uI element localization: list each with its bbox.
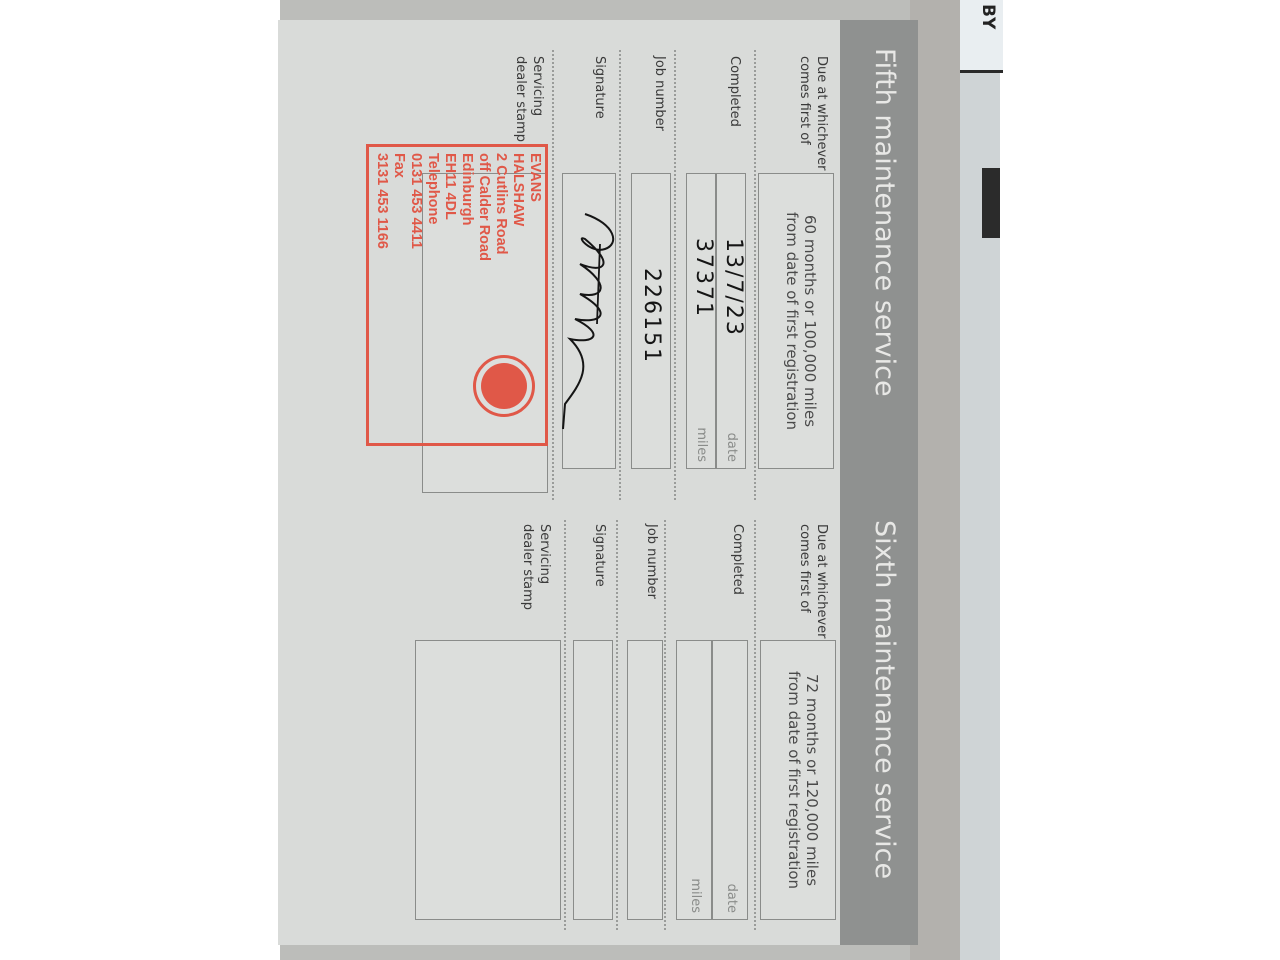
sixth-signature-label: Signature	[591, 524, 608, 587]
signature-scribble	[545, 204, 625, 434]
sixth-due-value-line2: from date of first registration	[785, 641, 803, 919]
fifth-date-unit: date	[724, 433, 739, 462]
sixth-due-label: Due at whichever comes first of	[796, 524, 830, 638]
sixth-job-number-label: Job number	[643, 524, 660, 599]
sixth-miles-field[interactable]: miles	[676, 640, 712, 920]
stamp-line: 2 Cutlins Road	[492, 153, 509, 261]
divider	[615, 520, 618, 930]
fifth-stamp-label-line1: Servicing	[529, 56, 546, 142]
sixth-due-box: 72 months or 120,000 miles from date of …	[760, 640, 836, 920]
fifth-due-label-line2: comes first of	[796, 56, 813, 170]
fifth-service-title: Fifth maintenance service	[869, 48, 900, 397]
sixth-job-number-field[interactable]	[627, 640, 663, 920]
fifth-completed-miles: 37371	[691, 238, 716, 318]
stamp-line: off Calder Road	[475, 153, 492, 261]
fifth-stamp-label-line2: dealer stamp	[512, 56, 529, 142]
divider	[563, 520, 566, 930]
stamp-line: EH11 4DL	[441, 153, 458, 261]
fifth-stamp-label: Servicing dealer stamp	[512, 56, 546, 142]
underlying-sheet-text: BY	[978, 4, 998, 54]
sixth-stamp-label-line2: dealer stamp	[519, 524, 536, 610]
stamp-line: Fax	[390, 153, 407, 261]
sixth-due-value-line1: 72 months or 120,000 miles	[803, 641, 821, 919]
sixth-due-label-line2: comes first of	[796, 524, 813, 638]
dark-strip	[982, 168, 1000, 238]
fifth-due-value-line2: from date of first registration	[783, 174, 801, 468]
background-left	[0, 0, 280, 960]
divider	[673, 50, 676, 500]
sixth-stamp-label: Servicing dealer stamp	[519, 524, 553, 610]
stamp-line: EVANS	[526, 153, 543, 261]
sixth-date-field[interactable]: date	[712, 640, 748, 920]
fifth-due-value-line1: 60 months or 100,000 miles	[801, 174, 819, 468]
fifth-completed-label: Completed	[726, 56, 743, 127]
divider	[551, 50, 554, 500]
sixth-stamp-label-line1: Servicing	[536, 524, 553, 610]
stamp-line: 3131 453 1166	[373, 153, 390, 261]
griffin-logo-icon	[473, 355, 535, 417]
stamp-line: HALSHAW	[509, 153, 526, 261]
sixth-due-label-line1: Due at whichever	[813, 524, 830, 638]
fifth-due-label: Due at whichever comes first of	[796, 56, 830, 170]
fifth-miles-unit: miles	[694, 427, 709, 462]
header-band: Fifth maintenance service Sixth maintena…	[840, 20, 918, 945]
stamp-line: Telephone	[424, 153, 441, 261]
sixth-signature-field[interactable]	[573, 640, 613, 920]
fifth-signature-field[interactable]	[562, 173, 616, 469]
sixth-stamp-field[interactable]	[415, 640, 561, 920]
stamp-line: 0131 453 4411	[407, 153, 424, 261]
booklet-page: Fifth maintenance service Sixth maintena…	[278, 20, 918, 945]
background-table	[1000, 0, 1280, 960]
sixth-service-title: Sixth maintenance service	[869, 520, 900, 879]
fifth-due-box: 60 months or 100,000 miles from date of …	[758, 173, 834, 469]
stamp-line: Edinburgh	[458, 153, 475, 261]
fifth-miles-field[interactable]: 37371 miles	[686, 173, 716, 469]
divider	[753, 520, 756, 930]
fifth-job-number: 226151	[639, 268, 664, 364]
booklet-cover: Fifth maintenance service Sixth maintena…	[280, 0, 960, 960]
divider	[663, 520, 666, 930]
fifth-job-number-label: Job number	[651, 56, 668, 131]
dealer-stamp-text: EVANS HALSHAW 2 Cutlins Road off Calder …	[373, 153, 543, 261]
fifth-signature-label: Signature	[591, 56, 608, 119]
sixth-date-unit: date	[724, 884, 739, 913]
sixth-miles-unit: miles	[688, 878, 703, 913]
fifth-job-number-field[interactable]: 226151	[631, 173, 671, 469]
sixth-completed-label: Completed	[729, 524, 746, 595]
service-booklet: Fifth maintenance service Sixth maintena…	[280, 0, 960, 960]
fifth-date-field[interactable]: 13/7/23 date	[716, 173, 746, 469]
divider	[753, 50, 756, 500]
dealer-stamp: EVANS HALSHAW 2 Cutlins Road off Calder …	[366, 144, 548, 446]
fifth-due-label-line1: Due at whichever	[813, 56, 830, 170]
fifth-completed-date: 13/7/23	[721, 238, 746, 337]
